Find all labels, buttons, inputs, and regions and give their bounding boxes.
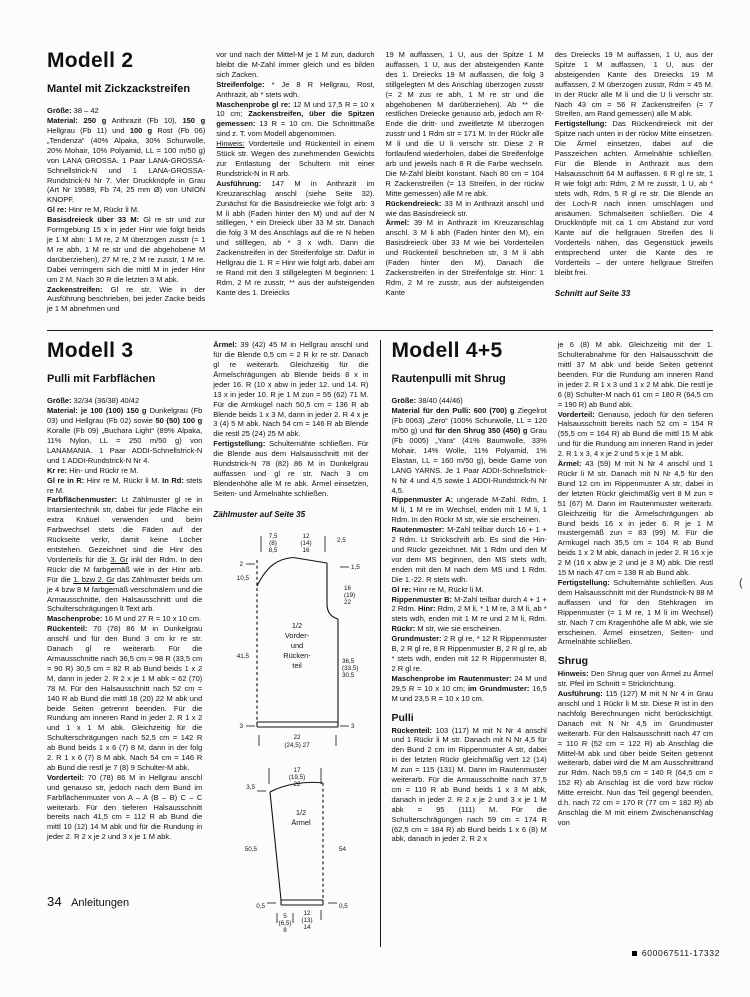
- modell3-subtitle: Pulli mit Farbflächen: [47, 373, 202, 386]
- measurement-label: 8,5: [269, 547, 278, 554]
- measurement-label: 54: [339, 846, 347, 853]
- print-code: 600067511-17332: [632, 948, 720, 958]
- measurement-label: 41,5: [237, 653, 250, 660]
- modell2-col3-text: 19 M auffassen, 1 U, aus der Spitze 1 M …: [386, 50, 544, 298]
- modell2-col2-text: vor und nach der Mittel-M je 1 M zun, da…: [216, 50, 374, 298]
- measurement-label: 14: [304, 924, 312, 931]
- piece-label: 1/2: [292, 621, 302, 630]
- measurement-label: (8): [269, 540, 277, 547]
- instruction-paragraph: Gl re: Hinr re M, Rückr li M.: [47, 205, 205, 215]
- print-registration-square: [632, 951, 637, 956]
- measurement-label: 17: [294, 767, 302, 774]
- instruction-paragraph: Rückendreieck: 33 M in Anthrazit anschl …: [386, 199, 544, 219]
- footer-section-label: Anleitungen: [71, 897, 129, 909]
- modell2-subtitle: Mantel mit Zickzackstreifen: [47, 83, 205, 96]
- measurement-label: 30,5: [342, 672, 355, 679]
- instruction-paragraph: Grundmuster: 2 R gl re, * 12 R Rippenmus…: [392, 634, 547, 674]
- cross-reference-note: Schnitt auf Seite 33: [555, 289, 713, 299]
- piece-label: 1/2: [296, 808, 306, 817]
- piece-label: teil: [293, 661, 303, 670]
- modell2-column-1: Modell 2 Mantel mit Zickzackstreifen Grö…: [47, 50, 205, 314]
- instruction-paragraph: vor und nach der Mittel-M je 1 M zun, da…: [216, 50, 374, 80]
- page-content: Modell 2 Mantel mit Zickzackstreifen Grö…: [47, 50, 713, 947]
- measurement-label: (19): [344, 592, 355, 599]
- modell3-column-2: Ärmel: 39 (42) 45 M in Hellgrau anschl u…: [213, 340, 368, 947]
- measurement-label: 16: [303, 547, 311, 554]
- measurement-label: 3: [240, 723, 244, 730]
- modell2-column-3: 19 M auffassen, 1 U, aus der Spitze 1 M …: [386, 50, 544, 298]
- page-number: 34: [47, 894, 62, 909]
- instruction-paragraph: Vorderteil: Genauso, jedoch für den tief…: [558, 410, 713, 460]
- piece-label: Vorder-: [285, 631, 310, 640]
- modell2-col1-text: Größe: 38 – 42Material: 250 g Anthrazit …: [47, 106, 205, 314]
- measurement-label: 7,5: [269, 533, 278, 540]
- instruction-paragraph: Größe: 32/34 (36/38) 40/42: [47, 396, 202, 406]
- measurement-label: 16: [344, 585, 352, 592]
- measurement-label: 0,5: [339, 903, 348, 910]
- measurement-label: (33,5): [342, 665, 358, 672]
- print-code-number: 600067511-17332: [642, 948, 720, 958]
- measurement-label: 50,5: [245, 846, 258, 853]
- modell3-title: Modell 3: [47, 340, 202, 361]
- magazine-page: Modell 2 Mantel mit Zickzackstreifen Grö…: [0, 0, 750, 997]
- instruction-paragraph: Fertigstellung: Das Rückendreieck mit de…: [555, 119, 713, 278]
- instruction-paragraph: des Dreiecks 19 M auffassen, 1 U, aus de…: [555, 50, 713, 119]
- modell3-col2-text: Ärmel: 39 (42) 45 M in Hellgrau anschl u…: [213, 340, 368, 520]
- modell45-title: Modell 4+5: [392, 340, 547, 361]
- measurement-label: 3,5: [246, 784, 255, 791]
- instruction-paragraph: Farbflächenmuster: Lt Zählmuster gl re i…: [47, 495, 202, 614]
- sleeve-schematic-drawing: 17 (19,5) 22 3,5 50,5 54 0,5 0,5 5 (6,5)…: [213, 767, 371, 942]
- measurement-label: 1,5: [351, 564, 360, 571]
- instruction-paragraph: Rückenteil: 70 (78) 86 M in Dunkelgrau a…: [47, 624, 202, 773]
- section-modell2: Modell 2 Mantel mit Zickzackstreifen Grö…: [47, 50, 713, 314]
- instruction-paragraph: je 6 (8) M abk. Gleichzeitig mit der 1. …: [558, 340, 713, 409]
- modell45-subtitle: Rautenpulli mit Shrug: [392, 373, 547, 386]
- instruction-paragraph: Ausführung: 115 (127) M mit N Nr 4 in Gr…: [558, 689, 713, 828]
- modell2-title: Modell 2: [47, 50, 205, 71]
- instruction-paragraph: Kr re: Hin- und Rückr re M.: [47, 466, 202, 476]
- modell2-column-2: vor und nach der Mittel-M je 1 M zun, da…: [216, 50, 374, 298]
- instruction-paragraph: Gl re in R: Hinr re M, Rückr li M. In Rd…: [47, 476, 202, 496]
- piece-label: und: [291, 641, 303, 650]
- subsection-heading: Pulli: [392, 713, 547, 724]
- instruction-paragraph: Material für den Pulli: 600 (700) g Zieg…: [392, 406, 547, 495]
- instruction-paragraph: Größe: 38 – 42: [47, 106, 205, 116]
- instruction-paragraph: Rückenteil: 103 (117) M mit N Nr 4 ansch…: [392, 726, 547, 845]
- instruction-paragraph: Hinweis: Vorderteile und Rückenteil in e…: [216, 139, 374, 179]
- instruction-paragraph: Material: je 100 (100) 150 g Dunkelgrau …: [47, 406, 202, 465]
- modell45-col2-text: je 6 (8) M abk. Gleichzeitig mit der 1. …: [558, 340, 713, 828]
- instruction-paragraph: Maschenprobe: 16 M und 27 R = 10 x 10 cm…: [47, 614, 202, 624]
- modell3-col1-text: Größe: 32/34 (36/38) 40/42Material: je 1…: [47, 396, 202, 842]
- instruction-paragraph: Gl re: Hinr re M, Rückr li M.: [392, 585, 547, 595]
- instruction-paragraph: Streifenfolge: * Je 8 R Hellgrau, Rost, …: [216, 80, 374, 100]
- section-bottom: Modell 3 Pulli mit Farbflächen Größe: 32…: [47, 340, 713, 947]
- modell45-column-1: Modell 4+5 Rautenpulli mit Shrug Größe: …: [392, 340, 547, 844]
- instruction-paragraph: Ärmel: 39 (42) 45 M in Hellgrau anschl u…: [213, 340, 368, 439]
- modell45-col1-text: Größe: 38/40 (44/46)Material für den Pul…: [392, 396, 547, 844]
- body-schematic-drawing: 7,5 (8) 8,5 12 (14) 16 2,5 2 10,5 41,5 3…: [213, 530, 371, 752]
- measurement-label: 0,5: [256, 903, 265, 910]
- measurement-label: 10,5: [237, 575, 250, 582]
- measurement-label: 2: [240, 561, 244, 568]
- instruction-paragraph: Fertigstellung: Schulternähte schließen.…: [213, 439, 368, 498]
- measurement-label: 8: [283, 927, 287, 934]
- measurement-label: (6,5): [279, 920, 292, 927]
- piece-label: Ärmel: [292, 818, 312, 827]
- instruction-paragraph: Maschenprobe gl re: 12 M und 17,5 R = 10…: [216, 100, 374, 140]
- instruction-paragraph: Rippenmuster B: M-Zahl teilbar durch 4 +…: [392, 595, 547, 635]
- measurement-label: 12: [303, 533, 311, 540]
- measurement-label: 3: [351, 723, 355, 730]
- instruction-paragraph: Ärmel: 43 (59) M mit N Nr 4 anschl und 1…: [558, 459, 713, 578]
- instruction-paragraph: Ärmel: 39 M in Anthrazit im Kreuzanschla…: [386, 218, 544, 297]
- measurement-label: 12: [304, 910, 312, 917]
- measurement-label: 36,5: [342, 658, 355, 665]
- modell2-column-4: des Dreiecks 19 M auffassen, 1 U, aus de…: [555, 50, 713, 299]
- instruction-paragraph: Vorderteil: 70 (78) 86 M in Hellgrau ans…: [47, 773, 202, 842]
- instruction-paragraph: Größe: 38/40 (44/46): [392, 396, 547, 406]
- measurement-label: 22: [294, 734, 302, 741]
- instruction-paragraph: Maschenprobe im Rautenmuster: 24 M und 2…: [392, 674, 547, 704]
- instruction-paragraph: Fertigstellung: Schulternähte schließen.…: [558, 578, 713, 647]
- page-footer: 34Anleitungen: [47, 893, 129, 911]
- cross-reference-note: Zählmuster auf Seite 35: [213, 510, 368, 520]
- subsection-heading: Shrug: [558, 656, 713, 667]
- instruction-paragraph: Ausführung: 147 M in Anthrazit im Kreuza…: [216, 179, 374, 298]
- measurement-label: 22: [294, 781, 302, 788]
- instruction-paragraph: Material: 250 g Anthrazit (Fb 10), 150 g…: [47, 116, 205, 205]
- instruction-paragraph: 19 M auffassen, 1 U, aus der Spitze 1 M …: [386, 50, 544, 199]
- column-divider-line: [380, 340, 381, 947]
- schematic-body-piece: 7,5 (8) 8,5 12 (14) 16 2,5 2 10,5 41,5 3…: [213, 530, 368, 757]
- measurement-label: (14): [301, 540, 312, 547]
- measurement-label: (19,5): [289, 774, 305, 781]
- schematic-sleeve-piece: 17 (19,5) 22 3,5 50,5 54 0,5 0,5 5 (6,5)…: [213, 767, 368, 947]
- instruction-paragraph: Zackenstreifen: Gl re str. Wie in der Au…: [47, 285, 205, 315]
- measurement-label: (13): [302, 917, 313, 924]
- instruction-paragraph: Hinweis: Den Shrug quer von Ärmel zu Ärm…: [558, 669, 713, 689]
- modell45-column-2: je 6 (8) M abk. Gleichzeitig mit der 1. …: [558, 340, 713, 828]
- measurement-label: (24,5) 27: [285, 742, 311, 749]
- modell2-col4-text: des Dreiecks 19 M auffassen, 1 U, aus de…: [555, 50, 713, 299]
- modell3-column-1: Modell 3 Pulli mit Farbflächen Größe: 32…: [47, 340, 202, 842]
- page-edge-mark: (: [739, 577, 743, 589]
- piece-label: Rücken-: [283, 651, 311, 660]
- instruction-paragraph: Rautenmuster: M-Zahl teilbar durch 16 + …: [392, 525, 547, 584]
- instruction-paragraph: Basisdreieck über 33 M: Gl re str und zu…: [47, 215, 205, 284]
- measurement-label: 2,5: [337, 537, 346, 544]
- measurement-label: 22: [344, 599, 352, 606]
- section-divider-line: [47, 330, 713, 331]
- instruction-paragraph: Rippenmuster A: ungerade M-Zahl. Rdm, 1 …: [392, 495, 547, 525]
- measurement-label: 5: [283, 913, 287, 920]
